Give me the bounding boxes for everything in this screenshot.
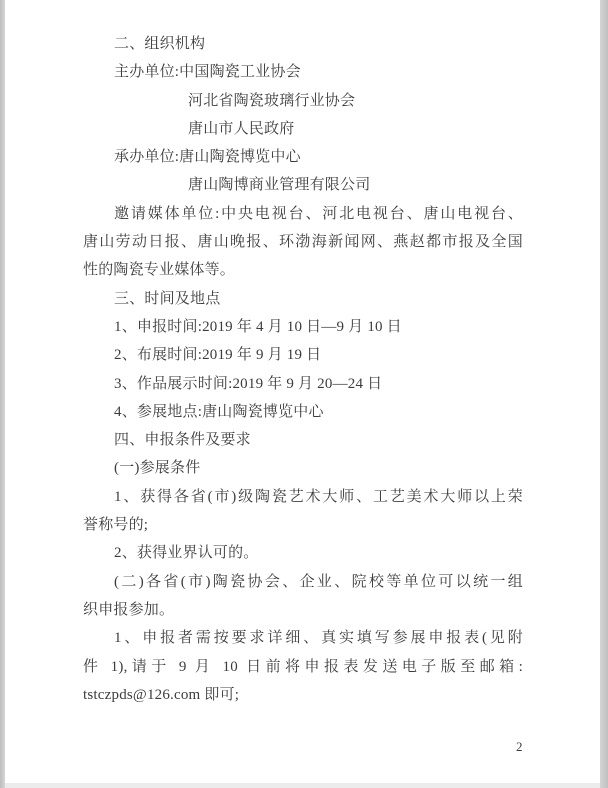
page-edge-left xyxy=(0,0,5,788)
doc-line: 2、布展时间:2019 年 9 月 19 日 xyxy=(114,341,523,369)
doc-line: 承办单位:唐山陶瓷博览中心 xyxy=(114,143,523,171)
section-heading: 二、组织机构 xyxy=(114,30,523,58)
doc-line: 唐山市人民政府 xyxy=(188,115,523,143)
doc-line: 3、作品展示时间:2019 年 9 月 20—24 日 xyxy=(114,370,523,398)
subsection-heading: (二)各省(市)陶瓷协会、企业、院校等单位可以统一组 xyxy=(114,568,523,596)
doc-line: 织申报参加。 xyxy=(83,596,523,624)
doc-line: 唐山陶博商业管理有限公司 xyxy=(188,171,523,199)
section-heading: 三、时间及地点 xyxy=(114,285,523,313)
doc-line: 件 1),请于 9 月 10 日前将申报表发送电子版至邮箱: xyxy=(83,653,523,681)
document-page: 二、组织机构 主办单位:中国陶瓷工业协会 河北省陶瓷玻璃行业协会 唐山市人民政府… xyxy=(0,0,608,788)
section-heading: 四、申报条件及要求 xyxy=(114,426,523,454)
doc-line: 誉称号的; xyxy=(83,511,523,539)
doc-line: 1、申报者需按要求详细、真实填写参展申报表(见附 xyxy=(114,624,523,652)
doc-line: 唐山劳动日报、唐山晚报、环渤海新闻网、燕赵都市报及全国 xyxy=(83,228,523,256)
doc-line: 性的陶瓷专业媒体等。 xyxy=(83,256,523,284)
doc-line: 主办单位:中国陶瓷工业协会 xyxy=(114,58,523,86)
page-number: 2 xyxy=(516,740,523,754)
email-line: tstczpds@126.com 即可; xyxy=(83,681,523,709)
doc-line: 1、获得各省(市)级陶瓷艺术大师、工艺美术大师以上荣 xyxy=(114,483,523,511)
page-edge-bottom xyxy=(5,783,600,788)
doc-line: 1、申报时间:2019 年 4 月 10 日—9 月 10 日 xyxy=(114,313,523,341)
document-body: 二、组织机构 主办单位:中国陶瓷工业协会 河北省陶瓷玻璃行业协会 唐山市人民政府… xyxy=(83,30,523,709)
page-edge-right xyxy=(600,0,608,788)
subsection-heading: (一)参展条件 xyxy=(114,454,523,482)
doc-line: 2、获得业界认可的。 xyxy=(114,539,523,567)
doc-line: 邀请媒体单位:中央电视台、河北电视台、唐山电视台、 xyxy=(114,200,523,228)
doc-line: 4、参展地点:唐山陶瓷博览中心 xyxy=(114,398,523,426)
doc-line: 河北省陶瓷玻璃行业协会 xyxy=(188,87,523,115)
